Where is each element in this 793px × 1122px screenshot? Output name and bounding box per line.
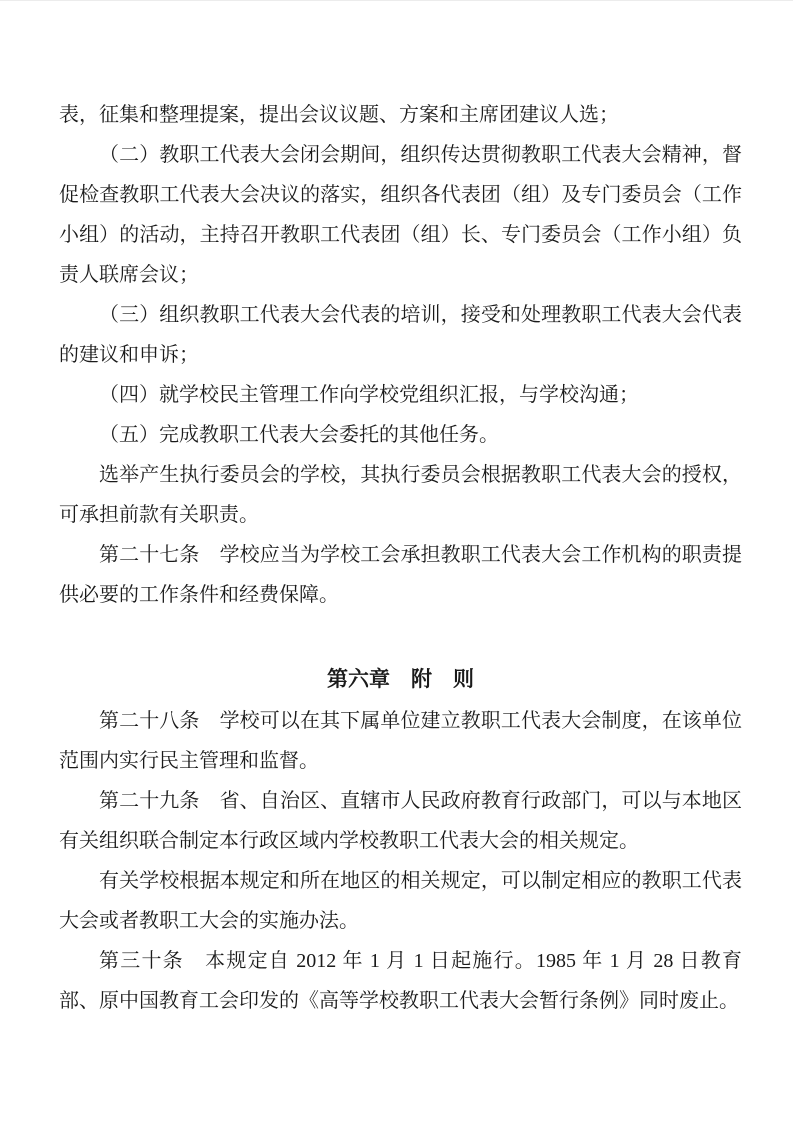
paragraph: 第三十条 本规定自 2012 年 1 月 1 日起施行。1985 年 1 月 2…	[59, 941, 742, 1021]
paragraph: （二）教职工代表大会闭会期间，组织传达贯彻教职工代表大会精神，督促检查教职工代表…	[59, 135, 742, 295]
paragraph: 有关学校根据本规定和所在地区的相关规定，可以制定相应的教职工代表大会或者教职工大…	[59, 861, 742, 941]
paragraph: （五）完成教职工代表大会委托的其他任务。	[59, 415, 742, 455]
paragraph: 第二十九条 省、自治区、直辖市人民政府教育行政部门，可以与本地区有关组织联合制定…	[59, 781, 742, 861]
paragraph: 第二十七条 学校应当为学校工会承担教职工代表大会工作机构的职责提供必要的工作条件…	[59, 535, 742, 615]
paragraph: （四）就学校民主管理工作向学校党组织汇报，与学校沟通；	[59, 375, 742, 415]
paragraph: 选举产生执行委员会的学校，其执行委员会根据教职工代表大会的授权，可承担前款有关职…	[59, 455, 742, 535]
paragraph: 第二十八条 学校可以在其下属单位建立教职工代表大会制度，在该单位范围内实行民主管…	[59, 701, 742, 781]
document-page: 表，征集和整理提案，提出会议议题、方案和主席团建议人选；（二）教职工代表大会闭会…	[0, 0, 793, 1122]
paragraph: 表，征集和整理提案，提出会议议题、方案和主席团建议人选；	[59, 95, 742, 135]
chapter-heading: 第六章 附 则	[59, 659, 742, 699]
paragraph: （三）组织教职工代表大会代表的培训，接受和处理教职工代表大会代表的建议和申诉；	[59, 295, 742, 375]
document-body: 表，征集和整理提案，提出会议议题、方案和主席团建议人选；（二）教职工代表大会闭会…	[59, 95, 742, 1021]
